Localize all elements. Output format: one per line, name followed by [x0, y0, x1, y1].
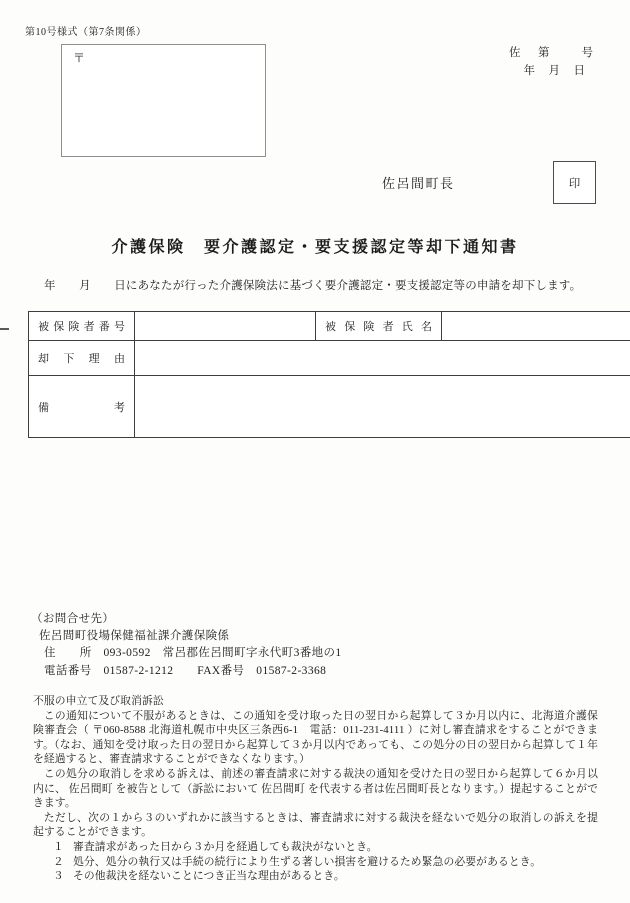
seal-placeholder: 印 — [569, 175, 581, 191]
item-text: その他裁決を経ないことにつき正当な理由があるとき。 — [73, 869, 598, 884]
appeal-list-item-3: ３ その他裁決を経ないことにつき正当な理由があるとき。 — [33, 869, 598, 884]
table-row-insured: 被保険者番号 被保険者氏名 — [29, 312, 630, 341]
form-table: 被保険者番号 被保険者氏名 却下理由 備考 — [28, 311, 630, 438]
item-number: ２ — [53, 855, 73, 870]
contact-block: （お問合せ先） 佐呂間町役場保健福祉課介護保険係 住 所 093-0592 常呂… — [31, 611, 342, 680]
form-number: 第10号様式（第7条関係） — [25, 23, 147, 38]
insured-name-label: 被保険者氏名 — [316, 312, 442, 341]
item-number: １ — [53, 840, 73, 855]
rejection-reason-value-cell — [135, 341, 630, 376]
registration-mark — [0, 328, 9, 330]
document-number-line: 佐 第 号 — [509, 44, 596, 62]
contact-office: 佐呂間町役場保健福祉課介護保険係 — [39, 628, 342, 645]
rejection-reason-label: 却下理由 — [29, 341, 135, 376]
table-row-remarks: 備考 — [29, 376, 630, 438]
intro-sentence: 年 月 日にあなたが行った介護保険法に基づく要介護認定・要支援認定等の申請を却下… — [44, 277, 581, 293]
insured-number-label: 被保険者番号 — [29, 312, 135, 341]
item-text: 処分、処分の執行又は手続の続行により生ずる著しい損害を避けるため緊急の必要がある… — [73, 855, 598, 870]
appeal-list-item-2: ２ 処分、処分の執行又は手続の続行により生ずる著しい損害を避けるため緊急の必要が… — [33, 855, 598, 870]
document-title: 介護保険 要介護認定・要支援認定等却下通知書 — [0, 234, 630, 257]
document-date-line: 年 月 日 — [509, 62, 596, 80]
remarks-value-cell — [135, 376, 630, 438]
contact-heading: （お問合せ先） — [31, 611, 342, 628]
insured-name-value-cell — [442, 312, 630, 341]
item-text: 審査請求があった日から３か月を経過しても裁決がないとき。 — [73, 840, 598, 855]
seal-box: 印 — [553, 161, 596, 204]
contact-phone-fax: 電話番号 01587-2-1212 FAX番号 01587-2-3368 — [44, 663, 342, 680]
remarks-label: 備考 — [29, 376, 135, 438]
recipient-address-box: 〒 — [61, 44, 266, 157]
document-page: 第10号様式（第7条関係） 〒 佐 第 号 年 月 日 佐呂間町長 印 介護保険… — [0, 0, 630, 903]
postal-mark-icon: 〒 — [73, 49, 85, 66]
appeal-section: 不服の申立て及び取消訴訟 この通知について不服があるときは、この通知を受け取った… — [33, 694, 598, 884]
appeal-paragraph-1: この通知について不服があるときは、この通知を受け取った日の翌日から起算して３か月… — [33, 709, 598, 767]
document-meta: 佐 第 号 年 月 日 — [509, 44, 596, 80]
appeal-paragraph-2: この処分の取消しを求める訴えは、前述の審査請求に対する裁決の通知を受けた日の翌日… — [33, 767, 598, 811]
appeal-paragraph-3: ただし、次の１から３のいずれかに該当するときは、審査請求に対する裁決を経ないで処… — [33, 811, 598, 840]
insured-number-value-cell — [135, 312, 316, 341]
issuer-name: 佐呂間町長 — [382, 173, 455, 192]
appeal-heading: 不服の申立て及び取消訴訟 — [33, 694, 598, 709]
item-number: ３ — [53, 869, 73, 884]
appeal-list-item-1: １ 審査請求があった日から３か月を経過しても裁決がないとき。 — [33, 840, 598, 855]
contact-address: 住 所 093-0592 常呂郡佐呂間町字永代町3番地の1 — [44, 645, 342, 662]
table-row-rejection-reason: 却下理由 — [29, 341, 630, 376]
